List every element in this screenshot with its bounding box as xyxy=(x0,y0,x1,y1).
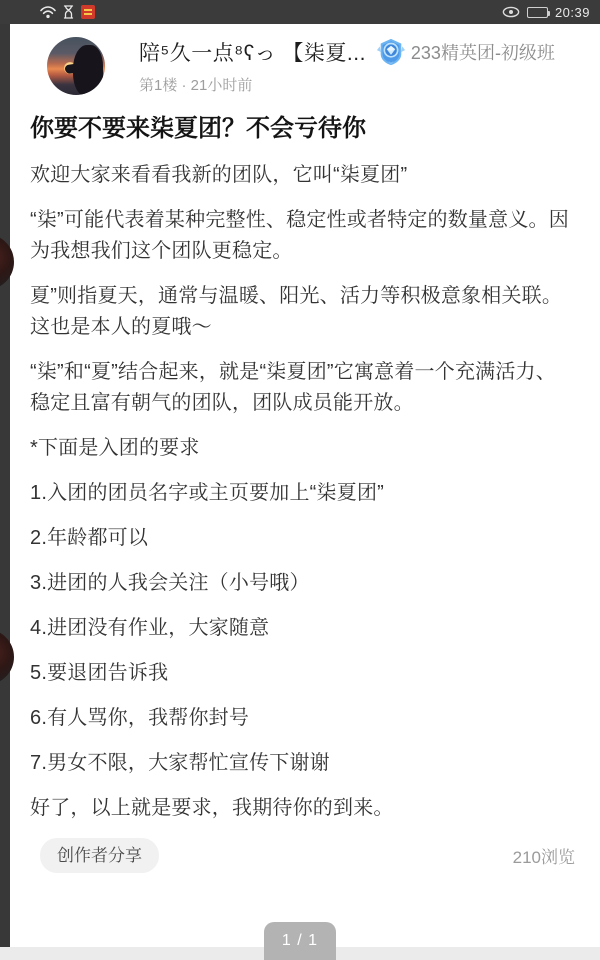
wifi-icon xyxy=(40,6,56,19)
guild-badge-label[interactable]: 233精英团-初级班 xyxy=(411,39,555,65)
author-avatar[interactable] xyxy=(47,37,105,95)
post-paragraph: 欢迎大家来看看我新的团队，它叫“柒夏团” xyxy=(30,160,575,191)
view-count: 210浏览 xyxy=(513,843,575,868)
post-paragraph: 6.有人骂你，我帮你封号 xyxy=(30,703,575,734)
page-indicator[interactable]: 1 / 1 xyxy=(264,922,336,960)
floor-meta: 第1楼 · 21小时前 xyxy=(139,74,575,95)
post-paragraph: “柒”可能代表着某种完整性、稳定性或者特定的数量意义。因为我想我们这个团队更稳定… xyxy=(30,205,575,267)
post-footer: 创作者分享 210浏览 xyxy=(30,838,575,873)
post-paragraph: *下面是入团的要求 xyxy=(30,433,575,464)
post-paragraph: 好了，以上就是要求，我期待你的到来。 xyxy=(30,793,575,824)
post-detail-screen: 20:39 陪⁵久一点⁸ʕっ 【柒夏... xyxy=(0,0,600,960)
author-name[interactable]: 陪⁵久一点⁸ʕっ 【柒夏... xyxy=(139,37,366,67)
status-time: 20:39 xyxy=(555,5,590,20)
post-paragraph: 5.要退团告诉我 xyxy=(30,658,575,689)
post-content-area: 陪⁵久一点⁸ʕっ 【柒夏... 233精英团-初级班 第1楼 · 2 xyxy=(10,24,600,948)
author-info: 陪⁵久一点⁸ʕっ 【柒夏... 233精英团-初级班 第1楼 · 2 xyxy=(139,37,575,95)
post-header: 陪⁵久一点⁸ʕっ 【柒夏... 233精英团-初级班 第1楼 · 2 xyxy=(30,37,575,95)
guild-badge-icon[interactable] xyxy=(376,37,406,67)
status-bar-left xyxy=(40,5,95,19)
left-edge-strip xyxy=(0,24,10,948)
post-title: 你要不要来柒夏团？不会亏待你 xyxy=(30,112,575,146)
app-notification-icon xyxy=(81,5,95,19)
eye-protection-icon xyxy=(502,6,520,18)
post-paragraph: 夏”则指夏天，通常与温暖、阳光、活力等积极意象相关联。这也是本人的夏哦～ xyxy=(30,281,575,343)
status-bar-right: 20:39 xyxy=(502,5,590,20)
creator-share-tag[interactable]: 创作者分享 xyxy=(40,838,159,873)
post-paragraph: 2.年龄都可以 xyxy=(30,523,575,554)
status-bar: 20:39 xyxy=(0,0,600,24)
post-paragraph: 1.入团的团员名字或主页要加上“柒夏团” xyxy=(30,478,575,509)
post-body: 欢迎大家来看看我新的团队，它叫“柒夏团” “柒”可能代表着某种完整性、稳定性或者… xyxy=(30,160,575,824)
post-paragraph: 3.进团的人我会关注（小号哦） xyxy=(30,568,575,599)
battery-icon xyxy=(527,7,548,18)
author-name-row: 陪⁵久一点⁸ʕっ 【柒夏... 233精英团-初级班 xyxy=(139,37,575,67)
post-paragraph: “柒”和“夏”结合起来，就是“柒夏团”它寓意着一个充满活力、稳定且富有朝气的团队… xyxy=(30,357,575,419)
post-paragraph: 4.进团没有作业，大家随意 xyxy=(30,613,575,644)
hourglass-icon xyxy=(63,5,74,19)
post-paragraph: 7.男女不限，大家帮忙宣传下谢谢 xyxy=(30,748,575,779)
